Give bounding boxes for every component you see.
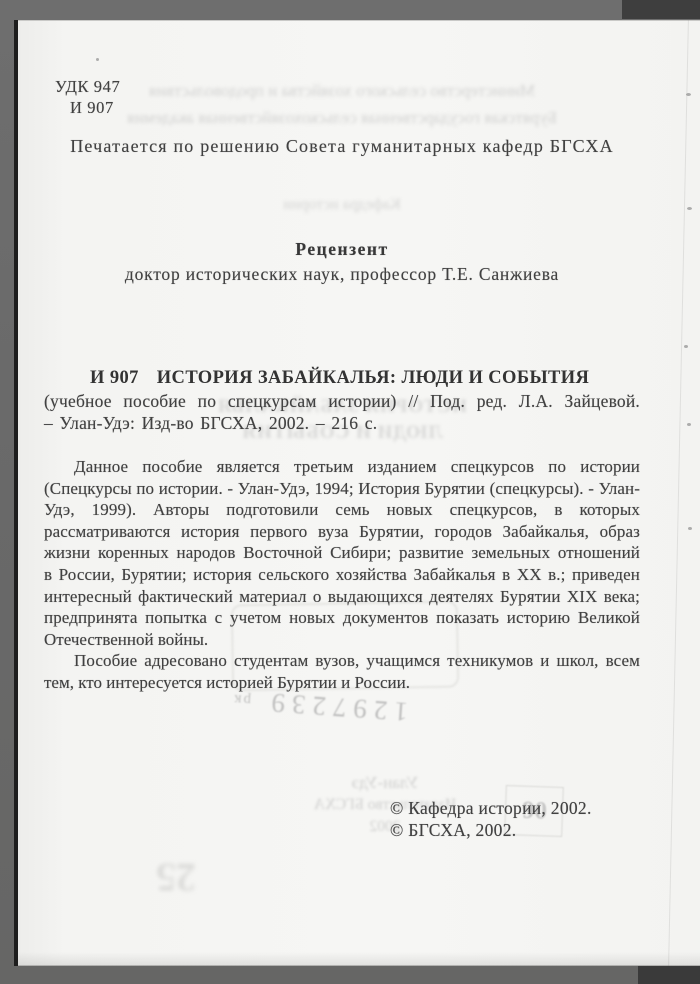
catalog-code-inline: И 907	[90, 368, 139, 388]
reviewer-name: доктор исторических наук, профессор Т.Е.…	[44, 262, 640, 287]
annotation-block: Данное пособие является третьим изданием…	[44, 456, 640, 694]
biblio-subtitle: (учебное пособие по спецкурсам истории) …	[44, 390, 640, 413]
scan-speck	[686, 93, 691, 96]
bleedthrough-header: Министерство сельского хозяйства и продо…	[44, 77, 640, 131]
bleedthrough-corner-number: 25	[156, 854, 196, 901]
scan-shadow-bottom-right	[638, 965, 700, 984]
bleedthrough-line: Улан-Удэ	[285, 772, 485, 794]
scan-speck	[687, 423, 691, 426]
scan-speck	[687, 207, 692, 210]
annotation-line: (Спецкурсы по истории. - Улан-Удэ, 1994;…	[44, 478, 640, 500]
annotation-line: интересный фактический материал о выдающ…	[44, 586, 640, 608]
reviewer-heading: Рецензент	[44, 237, 640, 262]
reviewer-block: Рецензент доктор исторических наук, проф…	[44, 237, 640, 287]
annotation-line: предпринята попытка с учетом новых докум…	[44, 607, 640, 629]
annotation-line: Отечественной войны.	[44, 629, 640, 651]
annotation-line: Удэ, 1999). Авторы подготовили семь новы…	[44, 499, 640, 521]
annotation-line: рассматриваются история первого вуза Бур…	[44, 521, 640, 543]
annotation-line: Пособие адресовано студентам вузов, учащ…	[44, 650, 640, 672]
scan-shadow-top-right	[622, 0, 700, 19]
page-crease	[668, 20, 689, 966]
copyright-line: © Кафедра истории, 2002.	[390, 797, 592, 819]
bibliographic-record: И 907ИСТОРИЯ ЗАБАЙКАЛЬЯ: ЛЮДИ И СОБЫТИЯ …	[44, 367, 640, 435]
copyright-block: © Кафедра истории, 2002. © БГСХА, 2002.	[390, 797, 592, 841]
book-page: Министерство сельского хозяйства и продо…	[14, 20, 700, 966]
annotation-line: в России, Бурятии; история сельского хоз…	[44, 564, 640, 586]
scanned-book-page: Министерство сельского хозяйства и продо…	[0, 0, 700, 984]
annotation-line: жизни коренных народов Восточной Сибири;…	[44, 542, 640, 564]
bleedthrough-line: Министерство сельского хозяйства и продо…	[44, 77, 640, 104]
book-title-row: И 907ИСТОРИЯ ЗАБАЙКАЛЬЯ: ЛЮДИ И СОБЫТИЯ	[44, 367, 640, 390]
scan-speck	[688, 527, 692, 530]
copyright-line: © БГСХА, 2002.	[390, 819, 592, 841]
bleedthrough-line: Бурятская государственная сельскохозяйст…	[44, 104, 640, 131]
bleedthrough-line: Кафедра истории	[44, 196, 640, 214]
biblio-imprint: – Улан-Удэ: Изд-во БГСХА, 2002. – 216 с.	[44, 412, 640, 435]
annotation-line: Данное пособие является третьим изданием…	[44, 456, 640, 478]
approval-statement: Печатается по решению Совета гуманитарны…	[44, 136, 640, 157]
annotation-line: тем, кто интересуется историей Бурятии и…	[44, 672, 640, 694]
book-title: ИСТОРИЯ ЗАБАЙКАЛЬЯ: ЛЮДИ И СОБЫТИЯ	[157, 368, 590, 388]
scan-speck	[684, 345, 688, 348]
scan-speck	[96, 58, 99, 61]
